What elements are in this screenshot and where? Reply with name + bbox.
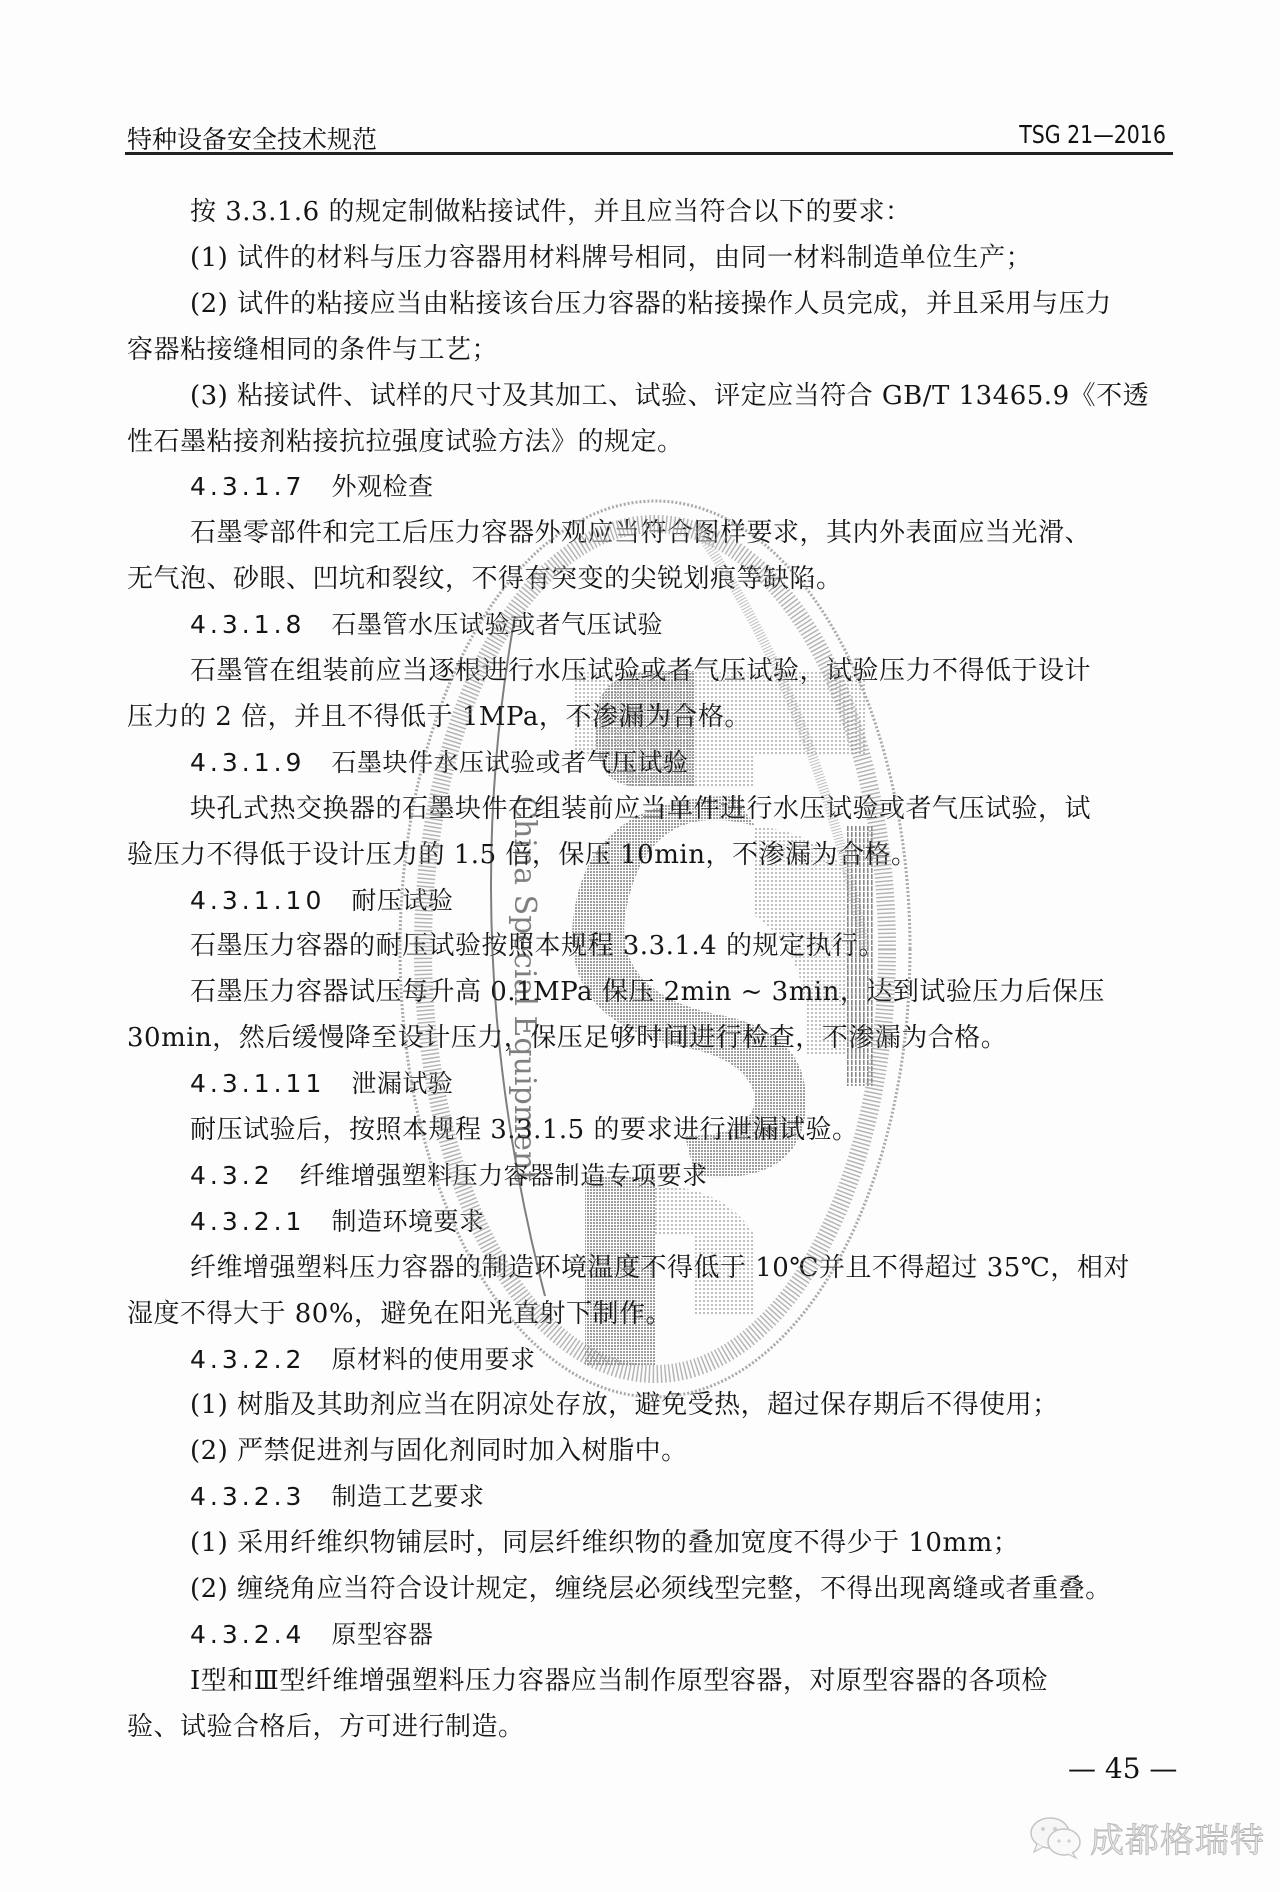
paragraph-line: 压力的 2 倍，并且不得低于 1MPa，不渗漏为合格。 <box>127 694 1172 740</box>
section-title: 耐压试验 <box>351 886 453 915</box>
section-heading: 4.3.2.3制造工艺要求 <box>127 1474 1235 1520</box>
section-heading: 4.3.1.7外观检查 <box>127 464 1235 510</box>
paragraph-line: (1) 采用纤维织物铺层时，同层纤维织物的叠加宽度不得少于 10mm； <box>127 1520 1172 1566</box>
paragraph-line: (2) 试件的粘接应当由粘接该台压力容器的粘接操作人员完成，并且采用与压力 <box>127 281 1172 327</box>
section-heading: 4.3.2.1制造环境要求 <box>127 1199 1235 1245</box>
section-heading: 4.3.1.9石墨块件水压试验或者气压试验 <box>127 740 1235 786</box>
section-number: 4.3.1.9 <box>190 740 305 786</box>
section-heading: 4.3.2.4原型容器 <box>127 1612 1235 1658</box>
paragraph-line: Ⅰ型和Ⅲ型纤维增强塑料压力容器应当制作原型容器，对原型容器的各项检 <box>127 1658 1172 1704</box>
document-page: 特种设备安全技术规范 TSG 21—2016 按 3.3.1.6 的规定制做粘接… <box>0 0 1280 1892</box>
section-heading: 4.3.2.2原材料的使用要求 <box>127 1337 1235 1383</box>
paragraph-line: 30min，然后缓慢降至设计压力，保压足够时间进行检查，不渗漏为合格。 <box>127 1015 1172 1061</box>
paragraph-line: 石墨压力容器的耐压试验按照本规程 3.3.1.4 的规定执行。 <box>127 923 1172 969</box>
paragraph-line: 石墨零部件和完工后压力容器外观应当符合图样要求，其内外表面应当光滑、 <box>127 510 1172 556</box>
section-number: 4.3.1.7 <box>190 464 305 510</box>
section-number: 4.3.2.3 <box>190 1474 305 1520</box>
paragraph-line: (2) 严禁促进剂与固化剂同时加入树脂中。 <box>127 1428 1172 1474</box>
page-number: — 45 — <box>1068 1752 1177 1785</box>
paragraph-line: 验压力不得低于设计压力的 1.5 倍，保压 10min，不渗漏为合格。 <box>127 832 1172 878</box>
paragraph-line: (1) 树脂及其助剂应当在阴凉处存放，避免受热，超过保存期后不得使用； <box>127 1382 1172 1428</box>
paragraph-line: 容器粘接缝相同的条件与工艺； <box>127 327 1172 373</box>
section-title: 制造环境要求 <box>331 1207 484 1236</box>
section-heading: 4.3.1.8石墨管水压试验或者气压试验 <box>127 602 1235 648</box>
paragraph-line: (3) 粘接试件、试样的尺寸及其加工、试验、评定应当符合 GB/T 13465.… <box>127 373 1172 419</box>
section-title: 泄漏试验 <box>351 1069 453 1098</box>
section-number: 4.3.1.10 <box>190 878 325 924</box>
section-number: 4.3.1.11 <box>190 1061 325 1107</box>
wechat-icon <box>1028 1814 1084 1860</box>
header-title: 特种设备安全技术规范 <box>127 120 377 156</box>
section-title: 纤维增强塑料压力容器制造专项要求 <box>300 1161 708 1190</box>
section-title: 石墨管水压试验或者气压试验 <box>331 610 663 639</box>
section-number: 4.3.2 <box>190 1153 274 1199</box>
paragraph-line: (2) 缠绕角应当符合设计规定，缠绕层必须线型完整，不得出现离缝或者重叠。 <box>127 1566 1172 1612</box>
paragraph-line: 石墨压力容器试压每升高 0.1MPa 保压 2min ~ 3min，达到试验压力… <box>127 969 1172 1015</box>
paragraph-line: 湿度不得大于 80%，避免在阳光直射下制作。 <box>127 1291 1172 1337</box>
paragraph-line: 性石墨粘接剂粘接抗拉强度试验方法》的规定。 <box>127 419 1172 465</box>
paragraph-line: 无气泡、砂眼、凹坑和裂纹，不得有突变的尖锐划痕等缺陷。 <box>127 556 1172 602</box>
section-title: 原型容器 <box>331 1620 433 1649</box>
section-title: 制造工艺要求 <box>331 1482 484 1511</box>
paragraph-line: 耐压试验后，按照本规程 3.3.1.5 的要求进行泄漏试验。 <box>127 1107 1172 1153</box>
paragraph-line: 石墨管在组装前应当逐根进行水压试验或者气压试验，试验压力不得低于设计 <box>127 648 1172 694</box>
section-heading: 4.3.1.10耐压试验 <box>127 878 1235 924</box>
paragraph-line: 验、试验合格后，方可进行制造。 <box>127 1704 1172 1750</box>
header-rule <box>125 152 1173 155</box>
section-number: 4.3.2.2 <box>190 1337 305 1383</box>
header-standard-code: TSG 21—2016 <box>1019 120 1166 149</box>
watermark-text: 成都格瑞特 <box>1090 1813 1265 1862</box>
paragraph-line: 按 3.3.1.6 的规定制做粘接试件，并且应当符合以下的要求： <box>127 189 1172 235</box>
section-heading: 4.3.1.11泄漏试验 <box>127 1061 1235 1107</box>
wechat-watermark: 成都格瑞特 <box>1028 1812 1265 1862</box>
section-title: 石墨块件水压试验或者气压试验 <box>331 748 688 777</box>
section-heading: 4.3.2纤维增强塑料压力容器制造专项要求 <box>127 1153 1235 1199</box>
paragraph-line: 块孔式热交换器的石墨块件在组装前应当单件进行水压试验或者气压试验，试 <box>127 786 1172 832</box>
section-title: 外观检查 <box>331 472 433 501</box>
paragraph-line: (1) 试件的材料与压力容器用材料牌号相同，由同一材料制造单位生产； <box>127 235 1172 281</box>
paragraph-line: 纤维增强塑料压力容器的制造环境温度不得低于 10℃并且不得超过 35℃，相对 <box>127 1245 1172 1291</box>
section-number: 4.3.2.1 <box>190 1199 305 1245</box>
section-number: 4.3.2.4 <box>190 1612 305 1658</box>
section-title: 原材料的使用要求 <box>331 1345 535 1374</box>
section-number: 4.3.1.8 <box>190 602 305 648</box>
